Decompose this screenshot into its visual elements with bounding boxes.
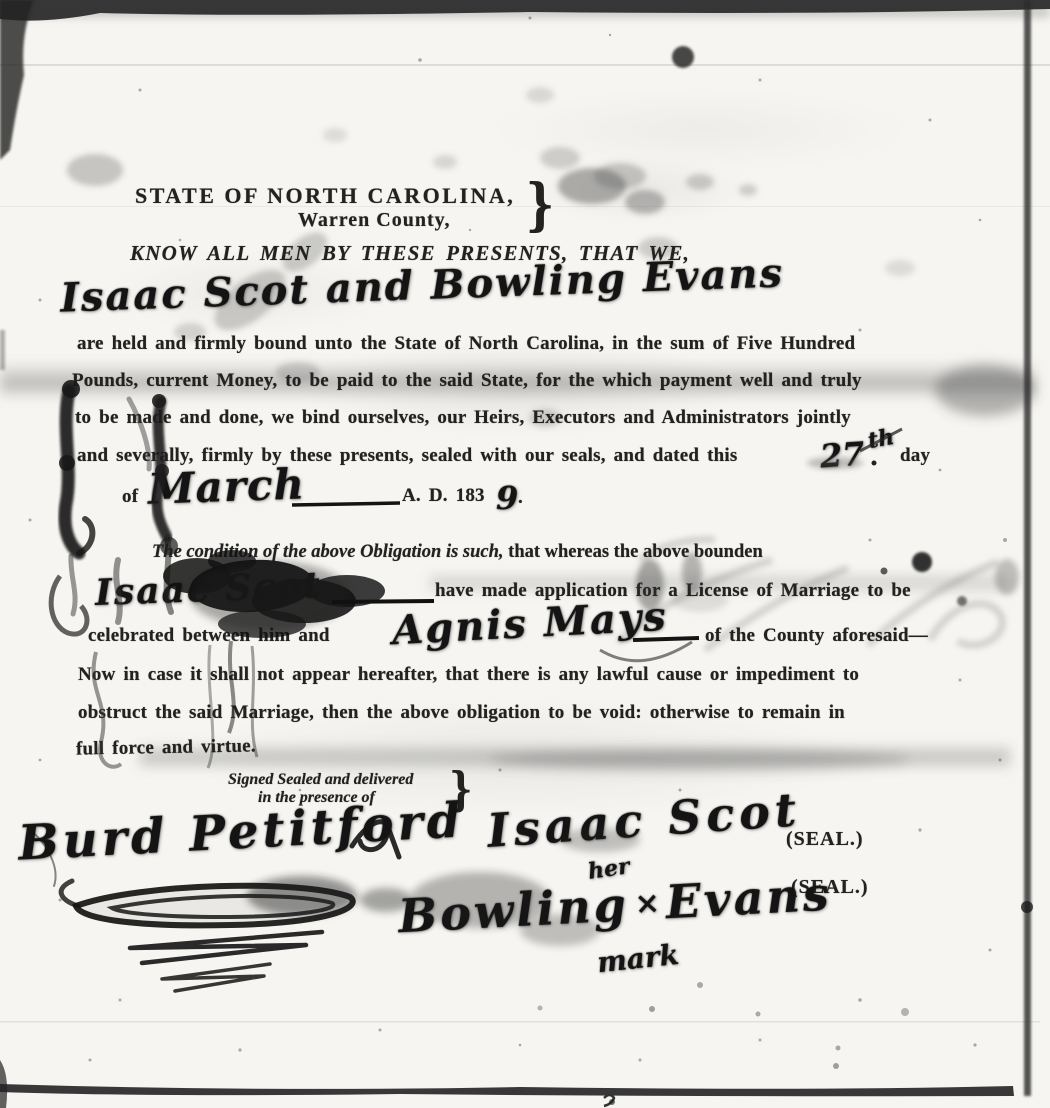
of-word: of (122, 486, 138, 508)
witness-signature: Burd Petitford (17, 792, 466, 871)
day-word: day (900, 445, 930, 467)
year-prefix: A. D. 183 (402, 485, 485, 507)
condition-line-4: Now in case it shall not appear hereafte… (78, 664, 859, 686)
condition-line-3-pre: celebrated between him and (88, 625, 330, 647)
condition-lead-italic: The condition of the above Obligation is… (152, 542, 504, 562)
attestation-line-1: Signed Sealed and delivered (228, 771, 413, 789)
day-number-handwriting: 27 (819, 434, 866, 475)
day-suffix-handwriting: th (866, 424, 896, 454)
condition-lead-line: The condition of the above Obligation is… (152, 542, 763, 563)
condition-line-6: full force and virtue. (76, 735, 256, 760)
bride-signature-last: Evans (664, 867, 833, 930)
obligation-line-2: Pounds, current Money, to be paid to the… (72, 370, 862, 392)
groom-name-handwriting: Isaac Scot (94, 564, 322, 614)
condition-line-5: obstruct the said Marriage, then the abo… (78, 702, 845, 724)
obligation-line-1: are held and firmly bound unto the State… (77, 333, 855, 355)
bride-signature-first: Bowling (397, 877, 630, 943)
year-digit-handwriting: 9 (496, 479, 518, 517)
condition-lead-roman: that whereas the above bounden (504, 542, 763, 562)
marriage-bond-document: STATE OF NORTH CAROLINA, Warren County, … (0, 0, 1050, 1108)
bride-name-handwriting: Agnis Mays (391, 593, 669, 654)
groom-signature: Isaac Scot (485, 782, 802, 858)
bride-signature: Bowling × Evans (397, 867, 829, 943)
county-heading: Warren County, (298, 209, 451, 232)
her-mark-x: × (634, 886, 661, 922)
condition-line-3-post: of the County aforesaid— (705, 625, 928, 647)
year-period: . (518, 487, 523, 509)
month-handwriting: March (147, 459, 306, 513)
condition-line-2: have made application for a License of M… (435, 580, 911, 602)
header-brace: } (526, 172, 555, 238)
state-heading: STATE OF NORTH CAROLINA, (135, 183, 515, 209)
mark-annotation: mark (595, 938, 680, 979)
seal-label-1: (SEAL.) (786, 828, 864, 851)
obligation-line-3: to be made and done, we bind ourselves, … (75, 407, 851, 429)
